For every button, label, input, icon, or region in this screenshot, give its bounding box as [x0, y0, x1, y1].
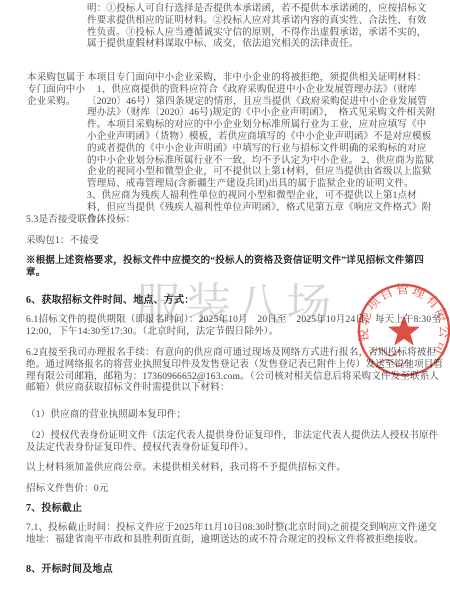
package-1-line: 采购包1：不接受: [26, 236, 444, 248]
section-7-heading: 7、投标截止: [26, 503, 444, 515]
section-7-1-text: 7.1、投标截止时间：投标文件应于2025年11月10日08:30时整(北京时间…: [26, 523, 444, 547]
materials-note: 以上材料须加盖供应商公章。未提供相关材料，我司将不予提供招标文件。: [26, 463, 444, 475]
stamp-signature-scribble: [371, 349, 407, 366]
section-5-3-title: 5.3是否接受联合体投标：: [26, 215, 444, 227]
doc-price-line: 招标文件售价：0元: [26, 484, 444, 496]
smb-row-label: 本采购包属于专门面向中小企业采购。: [27, 73, 87, 108]
qualification-note: ※根据上述资格要求，投标文件中应提交的“投标人的资格及资信证明文件”详见招标文件…: [26, 256, 438, 280]
company-stamp: 锐驰项目管理有限公司: [355, 281, 450, 379]
material-item-2: （2）授权代表身份证明文件（法定代表人提供身份证复印件，非法定代表人提供法人授权…: [26, 431, 444, 455]
stamp-star-icon: [388, 315, 420, 345]
continuation-paragraph: 明：①投标人可自行选择是否提供本承诺函，若不提供本承诺函的，应按招标文件要求提供…: [87, 4, 436, 51]
section-8-heading: 8、开标时间及地点: [26, 564, 444, 576]
document-page: 服装八场 明：①投标人可自行选择是否提供本承诺函，若不提供本承诺函的，应按招标文…: [0, 0, 450, 600]
smb-row-body: 本项目专门面向中小企业采购，非中小企业的将被拒绝，须提供相关证明材料： 1、供应…: [87, 73, 436, 226]
material-item-1: （1）供应商的营业执照副本复印件；: [26, 410, 444, 422]
